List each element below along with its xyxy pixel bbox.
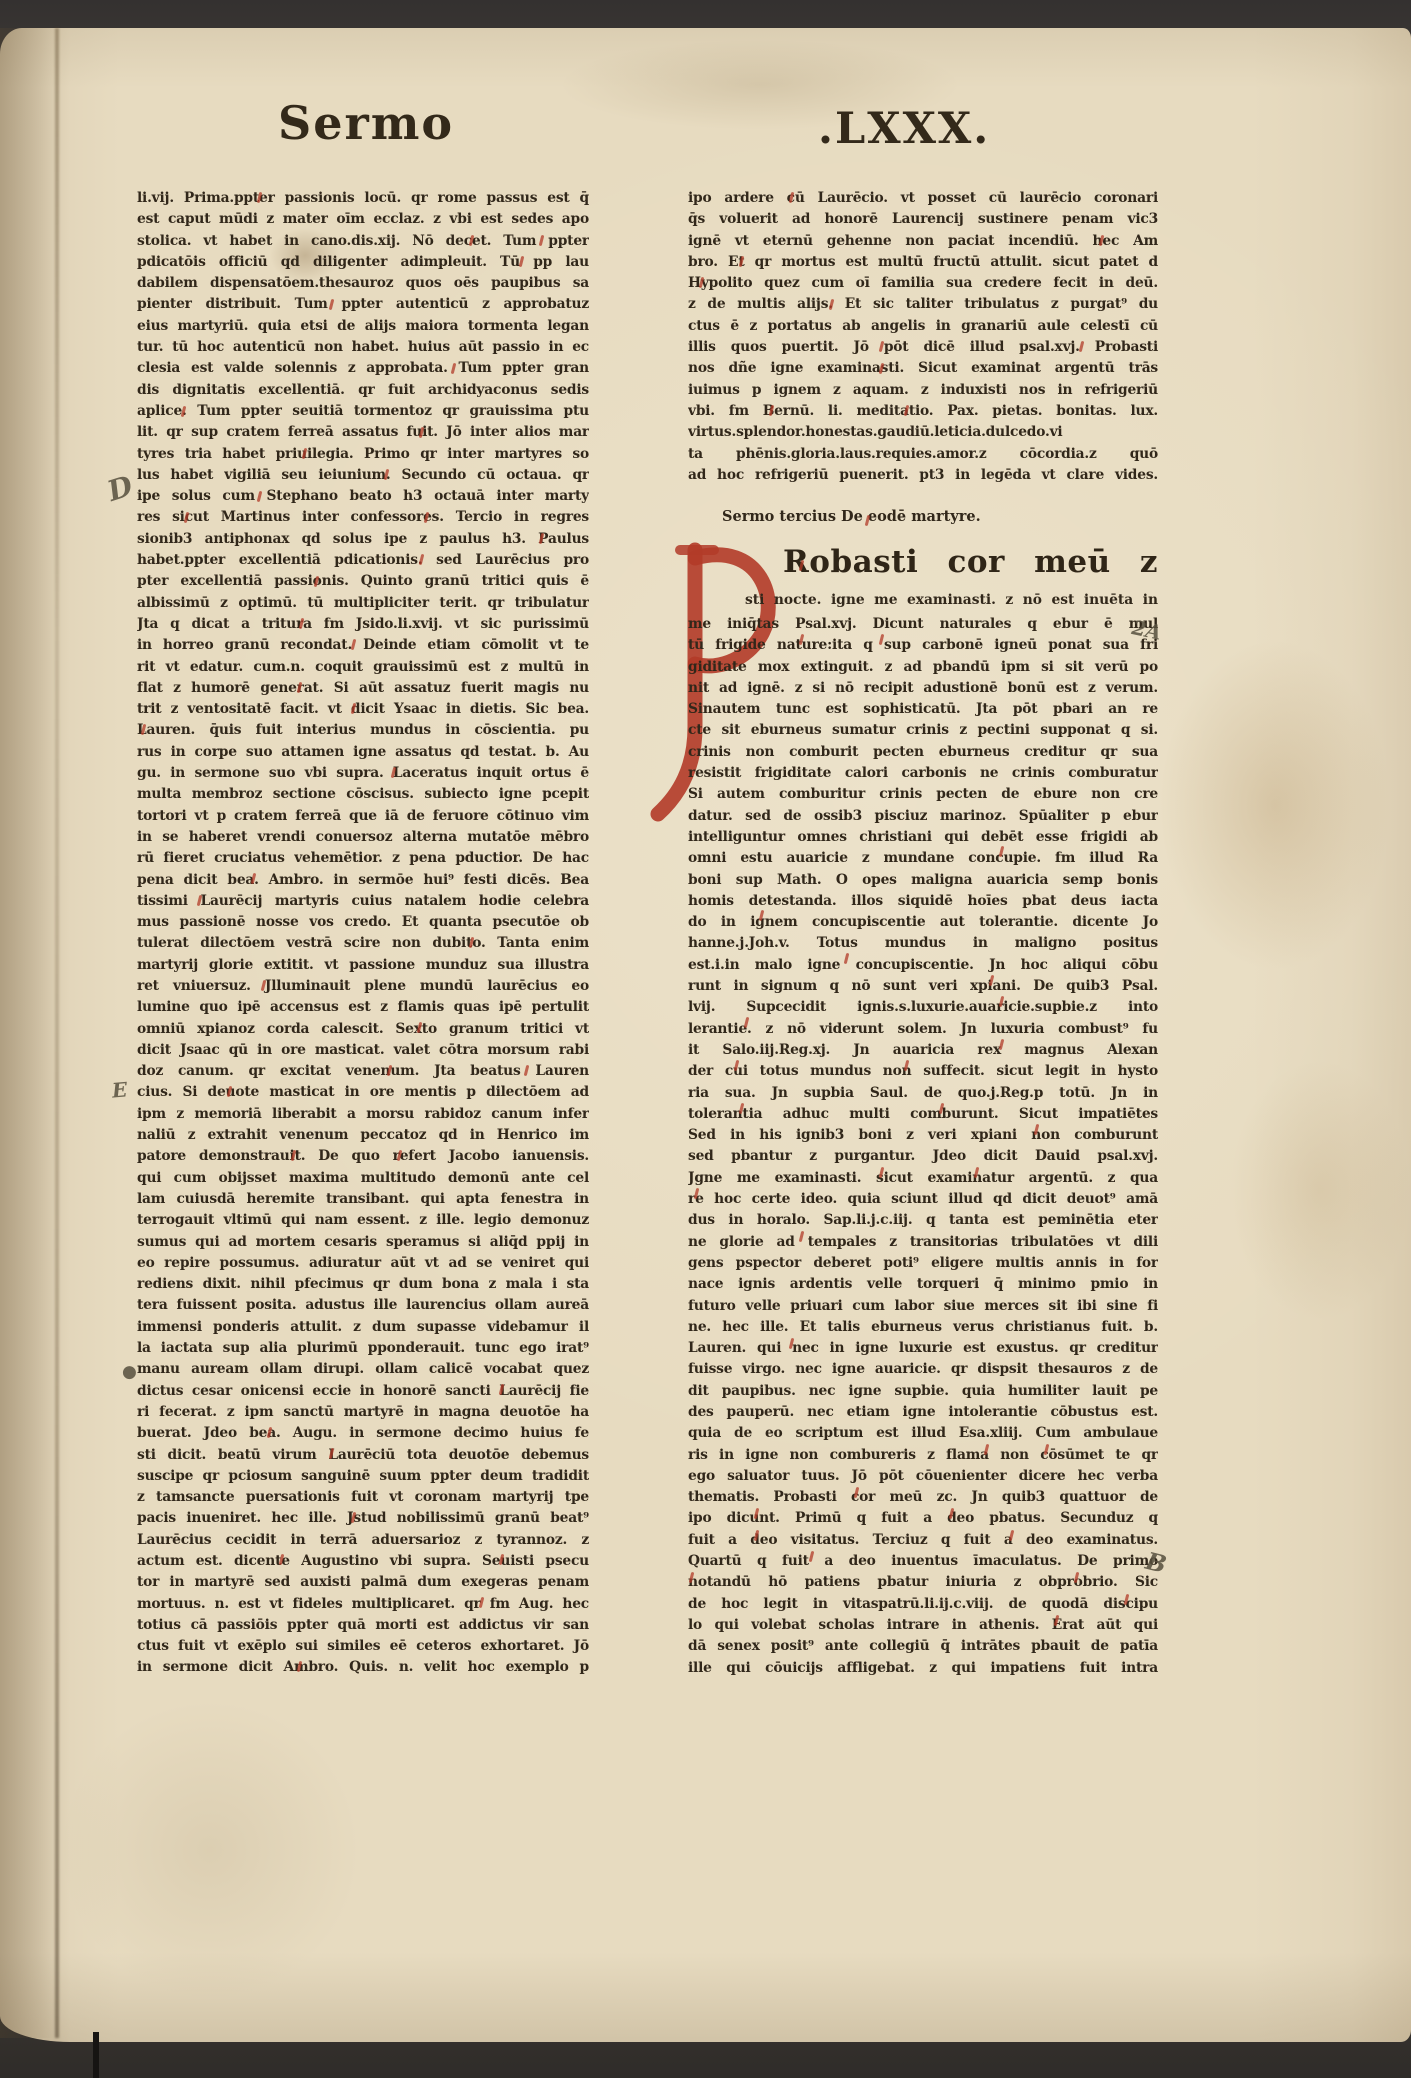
text-line: Jta q dicat a tritura fm Jsido.li.xvij. … — [137, 614, 589, 635]
text-line: tissimi Laurēcij martyris cuius natalem … — [137, 891, 589, 912]
text-line: sionib3 antiphonax qd solus ipe z paulus… — [137, 529, 589, 550]
incipit-large-text: Robasti cor meū z visita — [783, 540, 1158, 586]
text-line: aplice. Tum ppter seuitiā tormentoz qr g… — [137, 401, 589, 422]
handwritten-margin-note: E — [111, 1077, 128, 1102]
text-line: rū fieret cruciatus vehemētior. z pena p… — [137, 848, 589, 869]
text-line: la iactata sup alia plurimū pponderauit.… — [137, 1338, 589, 1359]
text-line: tyres tria habet priuilegia. Primo qr in… — [137, 444, 589, 465]
text-line: ret vniuersuz. Jlluminauit plene mundū l… — [137, 976, 589, 997]
text-line: iuimus p ignem z aquam. z induxisti nos … — [688, 380, 1158, 401]
text-line: boni sup Math. O opes maligna auaricia s… — [688, 870, 1158, 891]
text-line: do in ignem concupiscentie aut toleranti… — [688, 912, 1158, 933]
text-line: dictus cesar onicensi eccie in honorē sa… — [137, 1381, 589, 1402]
incipit-second-line: sti nocte. igne me examinasti. z nō est … — [745, 590, 1158, 611]
text-line: re hoc certe ideo. quia sciunt illud qd … — [688, 1189, 1158, 1210]
text-line: Sed in his ignib3 boni z veri xpiani non… — [688, 1125, 1158, 1146]
gutter-crease-line — [55, 28, 59, 2038]
text-line: quia de eo scriptum est illud Esa.xliij.… — [688, 1423, 1158, 1444]
text-line: multa membroz sectione cōscisus. subiect… — [137, 784, 589, 805]
text-line: ria sua. Jn supbia Saul. de quo.j.Reg.p … — [688, 1083, 1158, 1104]
text-line: tor in martyrē sed auxisti palmā dum exe… — [137, 1572, 589, 1593]
text-line: nos dñe igne examinasti. Sicut examinat … — [688, 358, 1158, 379]
text-line: z tamsancte puersationis fuit vt coronam… — [137, 1487, 589, 1508]
right-text-column: me iniq̄tas Psal.xvj. Dicunt naturales q… — [688, 614, 1158, 1679]
text-line: li.vij. Prima.ppter passionis locū. qr r… — [137, 188, 589, 209]
text-line: ctus ē z portatus ab angelis in granariū… — [688, 316, 1158, 337]
text-line: runt in signum q nō sunt veri xpiani. De… — [688, 976, 1158, 997]
text-line: mortuus. n. est vt fideles multiplicaret… — [137, 1594, 589, 1615]
text-line: omniū xpianoz corda calescit. Sexto gran… — [137, 1019, 589, 1040]
text-line: rit vt edatur. cum.n. coquit grauissimū … — [137, 657, 589, 678]
text-line: nit ad ignē. z si nō recipit adustionē b… — [688, 678, 1158, 699]
text-line: in horreo granū recondat. Deinde etiam c… — [137, 635, 589, 656]
text-line: flat z humorē generat. Si aūt assatuz fu… — [137, 678, 589, 699]
text-line: resistit frigiditate calori carbonis ne … — [688, 763, 1158, 784]
text-line: dicit Jsaac qū in ore masticat. valet cō… — [137, 1040, 589, 1061]
section-heading: Sermo tercius De eodē martyre. — [722, 508, 981, 525]
text-line: homis detestanda. illos siquidē hoīes pb… — [688, 891, 1158, 912]
text-line: patore demonstrauit. De quo refert Jacob… — [137, 1146, 589, 1167]
text-line: intelliguntur omnes christiani qui debēt… — [688, 827, 1158, 848]
text-line: qui cum obijsset maxima multitudo demonū… — [137, 1168, 589, 1189]
text-line: sumus qui ad mortem cesaris speramus si … — [137, 1232, 589, 1253]
text-line: Sinautem tunc est sophisticatū. Jta pōt … — [688, 699, 1158, 720]
text-line: tera fuissent posita. adustus ille laure… — [137, 1295, 589, 1316]
text-line: q̄s voluerit ad honorē Laurencij sustine… — [688, 209, 1158, 230]
text-line: bro. Et qr mortus est multū fructū attul… — [688, 252, 1158, 273]
text-line: gens pspector deberet poti⁹ eligere mult… — [688, 1253, 1158, 1274]
text-line: cius. Si deuote masticat in ore mentis p… — [137, 1082, 589, 1103]
text-line: ego saluator tuus. Jō pōt cōuenienter di… — [688, 1466, 1158, 1487]
book-page-photo: Sermo .LXXX. li.vij. Prima.ppter passion… — [0, 0, 1411, 2078]
text-line: manu auream ollam dirupi. ollam calicē v… — [137, 1359, 589, 1380]
text-line: lvij. Supcecidit ignis.s.luxurie.auarici… — [688, 997, 1158, 1018]
text-line: pienter distribuit. Tum ppter autenticū … — [137, 294, 589, 315]
text-line: Jgne me examinasti. sicut examinatur arg… — [688, 1168, 1158, 1189]
gutter-shadow — [0, 28, 55, 2038]
text-line: mus passionē nosse vos credo. Et quanta … — [137, 912, 589, 933]
text-line: dis dignitatis excellentiā. qr fuit arch… — [137, 380, 589, 401]
text-line: tolerantia adhuc multi comburunt. Sicut … — [688, 1104, 1158, 1125]
text-line: des pauperū. nec etiam igne intolerantie… — [688, 1402, 1158, 1423]
text-line: rus in corpe suo attamen igne assatus qd… — [137, 742, 589, 763]
text-line: z de multis alijs. Et sic taliter tribul… — [688, 294, 1158, 315]
text-line: ipo ardere cū Laurēcio. vt posset cū lau… — [688, 188, 1158, 209]
text-line: gu. in sermone suo vbi supra. Laceratus … — [137, 763, 589, 784]
text-line: lus habet vigiliā seu ieiunium. Secundo … — [137, 465, 589, 486]
text-line: lit. qr sup cratem ferreā assatus fuit. … — [137, 422, 589, 443]
text-line: pacis inueniret. hec ille. Jstud nobilis… — [137, 1508, 589, 1529]
right-text-column-intro: ipo ardere cū Laurēcio. vt posset cū lau… — [688, 188, 1158, 486]
text-line: actum est. dicente Augustino vbi supra. … — [137, 1551, 589, 1572]
text-line: datur. sed de ossib3 pisciuz marinoz. Sp… — [688, 806, 1158, 827]
text-line: est.i.in malo igne concupiscentie. Jn ho… — [688, 955, 1158, 976]
text-line: dus in horalo. Sap.li.j.c.iij. q tanta e… — [688, 1210, 1158, 1231]
text-line: ctus fuit vt exēplo sui similes eē ceter… — [137, 1636, 589, 1657]
handwritten-margin-note: ● — [122, 1362, 137, 1382]
text-line: virtus.splendor.honestas.gaudiū.leticia.… — [688, 422, 1158, 443]
text-line: ignē vt eternū gehenne non paciat incend… — [688, 231, 1158, 252]
left-text-column: li.vij. Prima.ppter passionis locū. qr r… — [137, 188, 589, 1679]
text-line: pter excellentiā passionis. Quinto granū… — [137, 571, 589, 592]
text-line: illis quos puertit. Jō pōt dicē illud ps… — [688, 337, 1158, 358]
text-line: cte sit eburneus sumatur crinis z pectin… — [688, 720, 1158, 741]
text-line: futuro velle priuari cum labor siue merc… — [688, 1296, 1158, 1317]
text-line: clesia est valde solennis z approbata. T… — [137, 358, 589, 379]
text-line: Hypolito quez cum oī familia sua credere… — [688, 273, 1158, 294]
text-line: lumine quo ipē accensus est z flamis qua… — [137, 997, 589, 1018]
text-line: dit paupibus. nec igne supbie. quia humi… — [688, 1381, 1158, 1402]
text-line: in se haberet vrendi conuersoz alterna m… — [137, 827, 589, 848]
text-line: de hoc legit in vitaspatrū.li.ij.c.viij.… — [688, 1594, 1158, 1615]
text-line: Si autem comburitur crinis pecten de ebu… — [688, 784, 1158, 805]
text-line: giditate mox extinguit. z ad pbandū ipm … — [688, 657, 1158, 678]
text-line: est caput mūdi z mater oīm ecclaz. z vbi… — [137, 209, 589, 230]
text-line: ipm z memoriā liberabit a morsu rabidoz … — [137, 1104, 589, 1125]
text-line: crinis non comburit pecten eburneus cred… — [688, 742, 1158, 763]
running-head-left: Sermo — [278, 96, 454, 150]
text-line: eo repire possumus. adiuratur aūt vt ad … — [137, 1253, 589, 1274]
text-line: buerat. Jdeo bea. Augu. in sermone decim… — [137, 1423, 589, 1444]
page-edge-gap — [93, 2032, 99, 2078]
text-line: eius martyriū. quia etsi de alijs maiora… — [137, 316, 589, 337]
text-line: nace ignis ardentis velle torqueri q̄ mi… — [688, 1274, 1158, 1295]
text-line: Quartū q fuit a deo inuentus īmaculatus.… — [688, 1551, 1158, 1572]
text-line: habet.ppter excellentiā pdicationis. sed… — [137, 550, 589, 571]
text-line: fuisse virgo. nec igne auaricie. qr disp… — [688, 1359, 1158, 1380]
text-line: lam cuiusdā heremite transibant. qui apt… — [137, 1189, 589, 1210]
text-line: tortori vt p cratem ferreā que iā de fer… — [137, 806, 589, 827]
text-line: tulerat dilectōem vestrā scire non dubit… — [137, 933, 589, 954]
text-line: ne glorie ad tempales z transitorias tri… — [688, 1232, 1158, 1253]
text-line: totius cā passiōis ppter quā morti est a… — [137, 1615, 589, 1636]
text-line: thematis. Probasti cor meū zc. Jn quib3 … — [688, 1487, 1158, 1508]
text-line: lerantie. z nō viderunt solem. Jn luxuri… — [688, 1019, 1158, 1040]
text-line: der cui totus mundus non suffecit. sicut… — [688, 1061, 1158, 1082]
text-line: Laurēcius cecidit in terrā aduersarioz z… — [137, 1530, 589, 1551]
text-line: sti dicit. beatū virum Laurēciū tota deu… — [137, 1445, 589, 1466]
text-line: ri fecerat. z ipm sanctū martyrē in magn… — [137, 1402, 589, 1423]
text-line: suscipe qr pciosum sanguinē suum ppter d… — [137, 1466, 589, 1487]
text-line: hanne.j.Joh.v. Totus mundus in maligno p… — [688, 933, 1158, 954]
text-line: notandū hō patiens pbatur iniuria z obpr… — [688, 1572, 1158, 1593]
text-line: rediens dixit. nihil pfecimus qr dum bon… — [137, 1274, 589, 1295]
text-line: dabilem dispensatōem.thesauroz quos oēs … — [137, 273, 589, 294]
text-line: vbi. fm Bernū. li. meditatio. Pax. pieta… — [688, 401, 1158, 422]
text-line: terrogauit vltimū qui nam essent. z ille… — [137, 1210, 589, 1231]
text-line: doz canum. qr excitat venenum. Jta beatu… — [137, 1061, 589, 1082]
text-line: ad hoc refrigeriū puenerit. pt3 in legēd… — [688, 465, 1158, 486]
text-line: naliū z extrahit venenum peccatoz qd in … — [137, 1125, 589, 1146]
text-line: Lauren. q̄uis fuit interius mundus in cō… — [137, 720, 589, 741]
text-line: trit z ventositatē facit. vt dicit Ysaac… — [137, 699, 589, 720]
text-line: it Salo.iij.Reg.xj. Jn auaricia rex magn… — [688, 1040, 1158, 1061]
running-head-right: .LXXX. — [818, 104, 990, 154]
text-line: tū frigide nature:ita q sup carbonē igne… — [688, 635, 1158, 656]
text-line: lo qui volebat scholas intrare in atheni… — [688, 1615, 1158, 1636]
text-line: in sermone dicit Ambro. Quis. n. velit h… — [137, 1657, 589, 1678]
text-line: sed pbantur z purgantur. Jdeo dicit Daui… — [688, 1146, 1158, 1167]
text-line: ille qui cōuicijs affligebat. z qui impa… — [688, 1658, 1158, 1679]
text-line: dā senex posit⁹ ante collegiū q̄ intrāte… — [688, 1636, 1158, 1657]
text-line: ipe solus cum Stephano beato h3 octauā i… — [137, 486, 589, 507]
text-line: martyrij glorie extitit. vt passione mun… — [137, 955, 589, 976]
text-line: tur. tū hoc autenticū non habet. huius a… — [137, 337, 589, 358]
text-line: pena dicit bea. Ambro. in sermōe hui⁹ fe… — [137, 870, 589, 891]
text-line: stolica. vt habet in cano.dis.xij. Nō de… — [137, 231, 589, 252]
text-line: immensi ponderis attulit. z dum supasse … — [137, 1317, 589, 1338]
text-line: ne. hec ille. Et talis eburneus verus ch… — [688, 1317, 1158, 1338]
text-line: albissimū z optimū. tū multipliciter ter… — [137, 593, 589, 614]
text-line: omni estu auaricie z mundane concupie. f… — [688, 848, 1158, 869]
text-line: ris in igne non combureris z flama non c… — [688, 1445, 1158, 1466]
text-line: me iniq̄tas Psal.xvj. Dicunt naturales q… — [688, 614, 1158, 635]
text-line: Lauren. qui nec in igne luxurie est exus… — [688, 1338, 1158, 1359]
text-line: ta phēnis.gloria.laus.requies.amor.z cōc… — [688, 444, 1158, 465]
text-line: res sicut Martinus inter confessores. Te… — [137, 507, 589, 528]
